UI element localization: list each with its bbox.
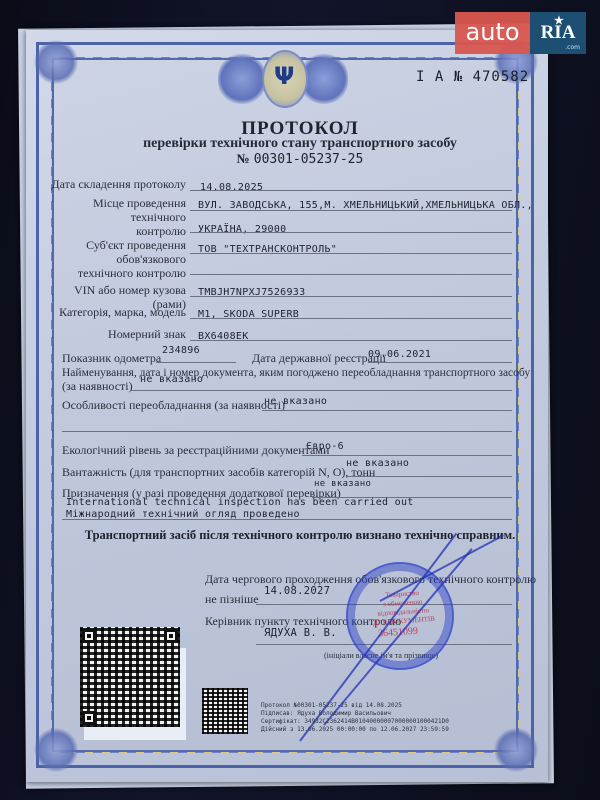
protocol-date-value: 14.08.2025 (200, 182, 263, 193)
field-underline (302, 455, 512, 456)
corner-ornament-icon (34, 728, 78, 772)
field-underline (190, 253, 512, 254)
logo-ria: ★ RIA .com (530, 12, 586, 54)
reequipment-doc-label-line2: (за наявності) (62, 379, 133, 393)
next-inspection-value: 14.08.2027 (264, 585, 330, 597)
qr-code-small[interactable] (202, 688, 248, 734)
field-underline (190, 274, 512, 275)
inspection-place-label-line: контролю (40, 224, 186, 238)
logo-ria-suffix: .com (565, 44, 580, 51)
esig-line: Сертифікат: 34932C2362414B01040000007000… (261, 718, 449, 726)
reequipment-doc-label: Найменування, дата і номер документа, як… (62, 366, 530, 380)
registration-date-label: Дата державної реєстрації (252, 351, 386, 365)
reequipment-features-label: Особливості переобладнання (за наявності… (62, 398, 285, 412)
inspection-place-label: Місце проведення технічного контролю (40, 196, 186, 238)
not-later-label: не пізніше (205, 592, 259, 606)
inspection-place-label-line: Місце проведення (40, 196, 186, 210)
load-capacity-value: не вказано (346, 458, 409, 469)
odometer-label: Показник одометра (62, 351, 161, 365)
inspection-subject-label-line: технічного контролю (40, 266, 186, 280)
field-underline (262, 410, 512, 411)
esig-line: Протокол №00301-05237-25 від 14.08.2025 (261, 702, 449, 710)
purpose-value: не вказано (314, 479, 371, 489)
plate-label: Номерний знак (40, 327, 186, 341)
field-underline (190, 210, 512, 211)
protocol-number-value: 00301-05237-25 (254, 152, 364, 167)
head-name-value: ЯДУХА В. В. (264, 627, 337, 639)
form-serial-number: I A № 470582 (416, 69, 529, 85)
qr-finder-icon (82, 629, 96, 643)
field-underline (130, 390, 512, 391)
category-make-model-label: Категорія, марка, модель (40, 305, 186, 319)
field-underline (368, 362, 512, 363)
star-icon: ★ (554, 14, 564, 27)
electronic-signature-block: Протокол №00301-05237-25 від 14.08.2025П… (261, 702, 449, 734)
number-sign: № (237, 151, 250, 166)
esig-line: Дійсний з 13.06.2025 00:00:00 по 12.06.2… (261, 726, 449, 734)
field-underline (62, 431, 512, 432)
inspection-subject-label-line: Суб'єкт проведення (40, 238, 186, 252)
field-underline (190, 232, 512, 233)
qr-finder-icon (82, 711, 96, 725)
inspection-place-label-line: технічного (40, 210, 186, 224)
stamp-center-text: Товариство з обмеженою відповідальністю … (367, 588, 439, 629)
reequipment-features-value: не вказано (264, 396, 327, 407)
logo-auto: auto (455, 12, 530, 54)
autoria-watermark-logo: auto ★ RIA .com (455, 12, 586, 54)
field-underline (156, 362, 236, 363)
field-underline (190, 318, 512, 319)
esig-line: Підписав: Ядуха Володимир Васильович (261, 710, 449, 718)
protocol-number: №00301-05237-25 (0, 151, 600, 167)
inspection-place-value-line2: УКРАЇНА, 29000 (198, 224, 287, 235)
ukraine-trident-icon: Ψ (274, 62, 292, 90)
load-capacity-label: Вантажність (для транспортних засобів ка… (62, 465, 375, 479)
field-underline (190, 296, 512, 297)
field-underline (190, 190, 512, 191)
inspection-subject-label: Суб'єкт проведення обов'язкового технічн… (40, 238, 186, 280)
field-underline (62, 519, 512, 520)
document-subtitle: перевірки технічного стану транспортного… (0, 136, 600, 152)
eco-level-label: Екологічний рівень за реєстраційними док… (62, 443, 329, 457)
inspection-subject-label-line: обов'язкового (40, 252, 186, 266)
qr-finder-icon (164, 629, 178, 643)
corner-ornament-icon (34, 40, 78, 84)
state-emblem: Ψ (218, 46, 348, 110)
protocol-date-label: Дата складення протоколу (40, 177, 186, 191)
ornament-left-icon (218, 54, 266, 104)
purpose-note-english: International technical inspection has b… (66, 497, 414, 508)
qr-code-large[interactable] (80, 627, 180, 727)
conclusion-statement: Транспортний засіб після технічного конт… (0, 528, 600, 543)
field-underline (190, 340, 512, 341)
field-underline (346, 476, 512, 477)
odometer-value: 234896 (162, 345, 200, 356)
corner-ornament-icon (494, 728, 538, 772)
reequipment-doc-value: не вказано (140, 374, 203, 385)
eco-level-value: Євро-6 (306, 441, 344, 452)
registration-date-value: 09.06.2021 (368, 349, 431, 360)
